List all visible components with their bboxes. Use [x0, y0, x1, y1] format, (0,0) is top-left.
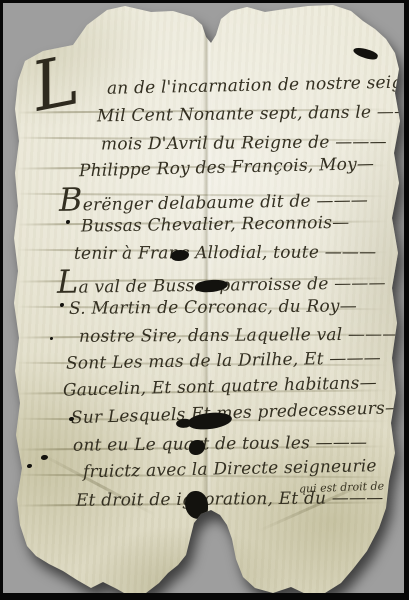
- manuscript-line-text: an de l'incarnation de nostre seigneur: [107, 72, 409, 99]
- manuscript-line: S. Martin de Corconac, du Roy—: [49, 293, 399, 323]
- manuscript-line: Mil Cent Nonante sept, dans le ———: [49, 100, 399, 132]
- ink-blot: [352, 45, 379, 61]
- ink-speck: [27, 464, 32, 468]
- manuscript-text: Lan de l'incarnation de nostre seigneur …: [49, 77, 399, 515]
- manuscript-paper: Lan de l'incarnation de nostre seigneur …: [3, 3, 404, 593]
- ink-blot: [185, 491, 208, 519]
- photo-frame: Lan de l'incarnation de nostre seigneur …: [0, 0, 409, 600]
- manuscript-line: Bussas Chevalier, Reconnois—: [49, 209, 399, 241]
- parchment-sheet: Lan de l'incarnation de nostre seigneur …: [3, 3, 404, 593]
